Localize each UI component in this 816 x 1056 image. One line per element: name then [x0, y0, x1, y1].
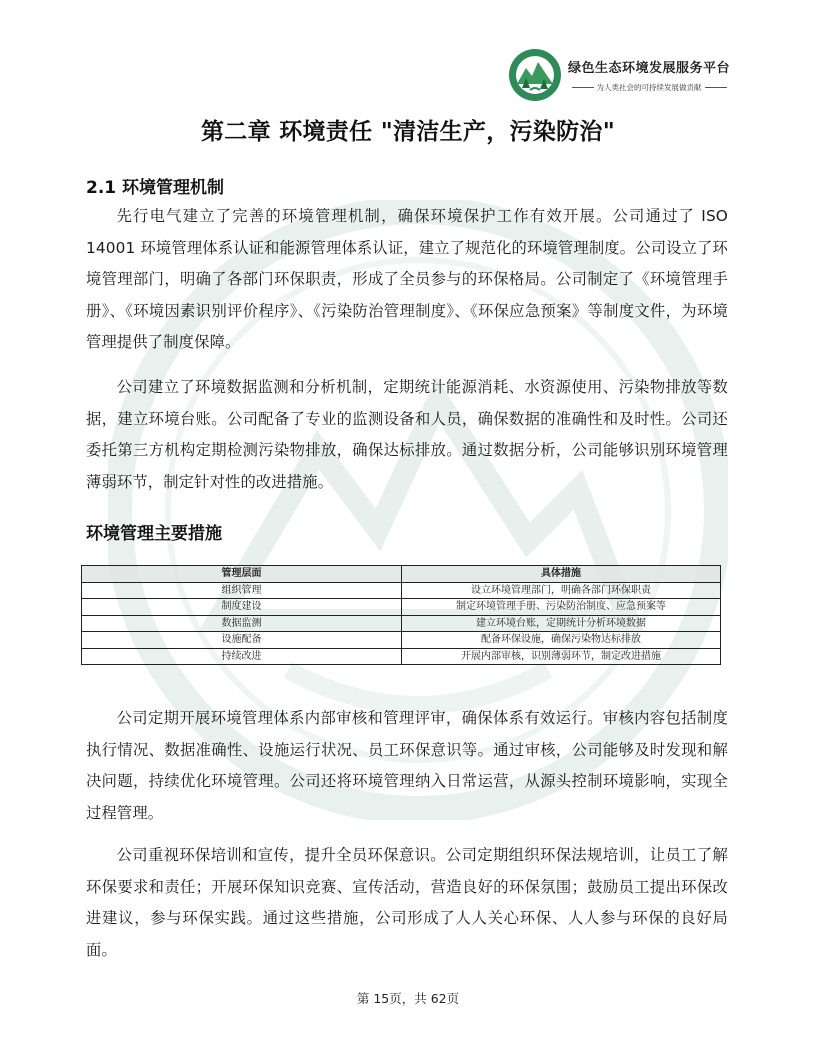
measures-heading: 环境管理主要措施: [86, 519, 728, 544]
section-paragraph-1: 先行电气建立了完善的环境管理机制，确保环境保护工作有效开展。公司通过了 ISO …: [86, 201, 728, 359]
table-cell-measure: 开展内部审核，识别薄弱环节，制定改进措施: [402, 648, 721, 665]
table-cell-level: 制度建设: [82, 599, 402, 616]
slogan-text: 为人类社会的可持续发展做贡献: [597, 82, 702, 93]
page-header: 绿色生态环境发展服务平台 为人类社会的可持续发展做贡献: [508, 48, 730, 102]
table-row: 持续改进 开展内部审核，识别薄弱环节，制定改进措施: [82, 648, 721, 665]
column-header-measures: 具体措施: [402, 566, 721, 583]
table-cell-level: 持续改进: [82, 648, 402, 665]
table-cell-measure: 配备环保设施，确保污染物达标排放: [402, 632, 721, 649]
table-row: 制度建设 制定环境管理手册、污染防治制度、应急预案等: [82, 599, 721, 616]
section-heading: 2.1 环境管理机制: [86, 173, 728, 198]
table-cell-level: 组织管理: [82, 582, 402, 599]
table-row: 数据监测 建立环境台账，定期统计分析环境数据: [82, 615, 721, 632]
table-header-row: 管理层面 具体措施: [82, 566, 721, 583]
measures-table: 管理层面 具体措施 组织管理 设立环境管理部门，明确各部门环保职责 制度建设 制…: [81, 565, 721, 665]
table-row: 设施配备 配备环保设施，确保污染物达标排放: [82, 632, 721, 649]
slogan-dash-left: [572, 87, 594, 88]
closing-paragraph-1: 公司定期开展环境管理体系内部审核和管理评审，确保体系有效运行。审核内容包括制度执…: [86, 703, 728, 829]
closing-paragraph-2: 公司重视环保培训和宣传，提升全员环保意识。公司定期组织环保法规培训，让员工了解环…: [86, 840, 728, 966]
green-mountain-seal-logo-icon: [508, 48, 562, 102]
slogan-dash-right: [705, 87, 727, 88]
table-cell-measure: 设立环境管理部门，明确各部门环保职责: [402, 582, 721, 599]
column-header-level: 管理层面: [82, 566, 402, 583]
brand-slogan: 为人类社会的可持续发展做贡献: [569, 82, 730, 93]
table-cell-level: 设施配备: [82, 632, 402, 649]
table-cell-measure: 建立环境台账，定期统计分析环境数据: [402, 615, 721, 632]
section-paragraph-2: 公司建立了环境数据监测和分析机制，定期统计能源消耗、水资源使用、污染物排放等数据…: [86, 372, 728, 498]
table-cell-measure: 制定环境管理手册、污染防治制度、应急预案等: [402, 599, 721, 616]
brand-name: 绿色生态环境发展服务平台: [568, 57, 730, 76]
document-page: 绿色生态环境发展服务平台 为人类社会的可持续发展做贡献 第二章 环境责任 "清洁…: [0, 0, 816, 1056]
chapter-title: 第二章 环境责任 "清洁生产，污染防治": [0, 113, 816, 146]
table-row: 组织管理 设立环境管理部门，明确各部门环保职责: [82, 582, 721, 599]
page-number: 第 15页，共 62页: [0, 989, 816, 1007]
table-cell-level: 数据监测: [82, 615, 402, 632]
